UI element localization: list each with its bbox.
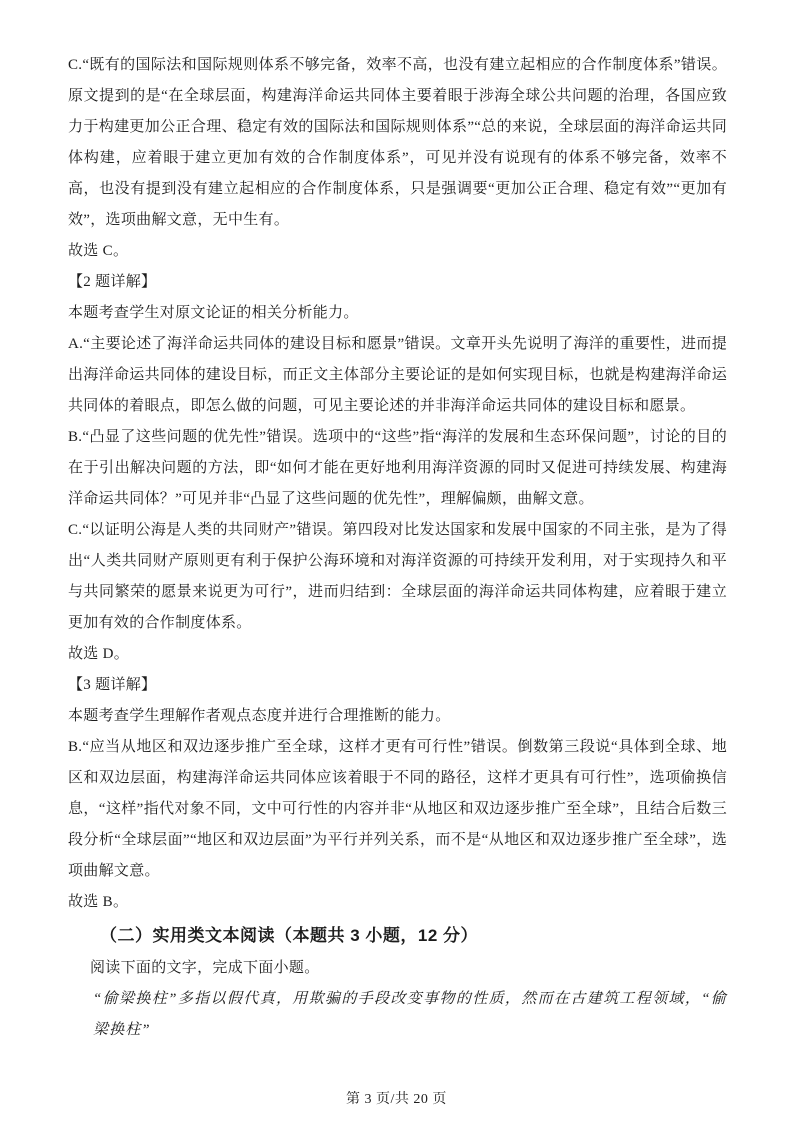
- q3-ability-statement: 本题考查学生理解作者观点态度并进行合理推断的能力。: [68, 701, 727, 732]
- q1-option-c-analysis: C.“既有的国际法和国际规则体系不够完备，效率不高，也没有建立起相应的合作制度体…: [68, 50, 727, 236]
- q2-option-a-analysis: A.“主要论述了海洋命运共同体的建设目标和愿景”错误。文章开头先说明了海洋的重要…: [68, 329, 727, 422]
- reading-instruction: 阅读下面的文字，完成下面小题。: [68, 953, 727, 984]
- q3-option-b-analysis: B.“应当从地区和双边逐步推广至全球，这样才更有可行性”错误。倒数第三段说“具体…: [68, 732, 727, 887]
- q2-ability-statement: 本题考查学生对原文论证的相关分析能力。: [68, 298, 727, 329]
- section-heading-practical-reading: （二）实用类文本阅读（本题共 3 小题，12 分）: [68, 919, 727, 952]
- passage-opening-line: “偷梁换柱”多指以假代真，用欺骗的手段改变事物的性质，然而在古建筑工程领域，“偷…: [68, 984, 727, 1046]
- q2-option-b-analysis: B.“凸显了这些问题的优先性”错误。选项中的“这些”指“海洋的发展和生态环保问题…: [68, 422, 727, 515]
- q3-answer-line: 故选 B。: [68, 887, 727, 918]
- q2-option-c-analysis: C.“以证明公海是人类的共同财产”错误。第四段对比发达国家和发展中国家的不同主张…: [68, 515, 727, 639]
- q2-answer-line: 故选 D。: [68, 639, 727, 670]
- document-page: C.“既有的国际法和国际规则体系不够完备，效率不高，也没有建立起相应的合作制度体…: [0, 0, 793, 1122]
- page-number: 第 3 页/共 20 页: [0, 1088, 793, 1108]
- q3-section-label: 【3 题详解】: [68, 670, 727, 701]
- q1-answer-line: 故选 C。: [68, 236, 727, 267]
- q2-section-label: 【2 题详解】: [68, 267, 727, 298]
